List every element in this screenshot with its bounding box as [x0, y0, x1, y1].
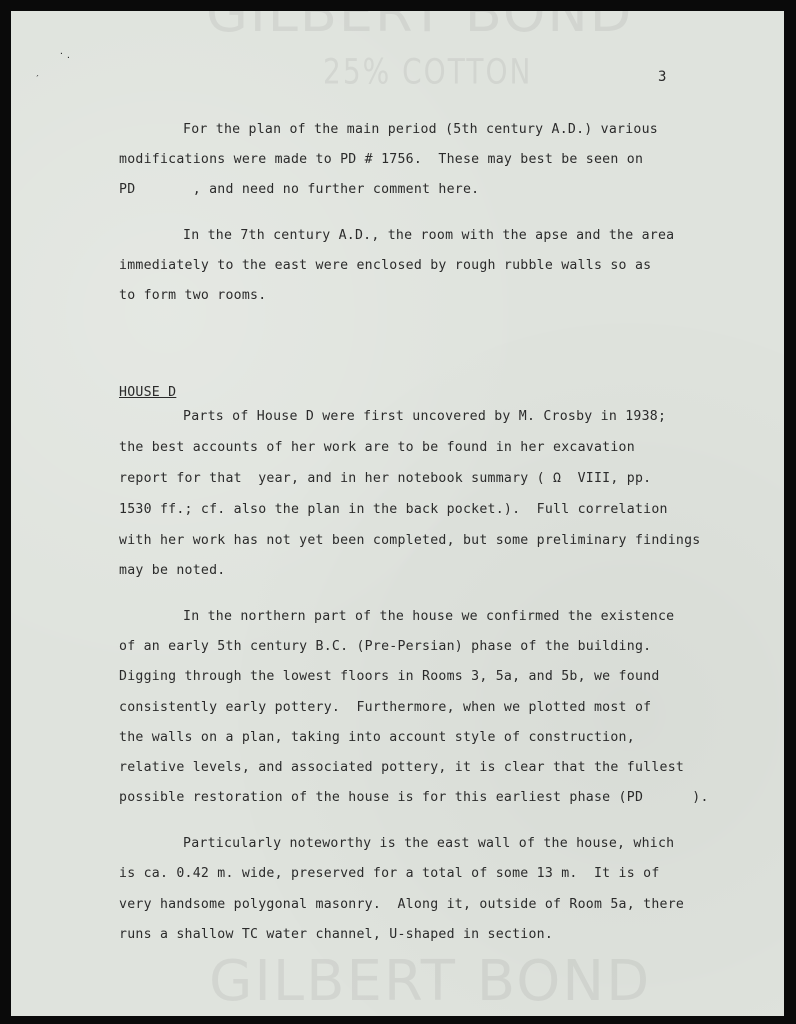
text-line: immediately to the east were enclosed by… [119, 258, 651, 273]
text-line: For the plan of the main period (5th cen… [183, 122, 658, 137]
text-line: modifications were made to PD # 1756. Th… [119, 152, 643, 167]
text-line: runs a shallow TC water channel, U-shape… [119, 927, 553, 942]
text-line: very handsome polygonal masonry. Along i… [119, 897, 684, 912]
text-line: of an early 5th century B.C. (Pre-Persia… [119, 639, 651, 654]
text-line: Digging through the lowest floors in Roo… [119, 669, 660, 684]
text-line: is ca. 0.42 m. wide, preserved for a tot… [119, 866, 660, 881]
text-line: 1530 ff.; cf. also the plan in the back … [119, 502, 668, 517]
text-line: consistently early pottery. Furthermore,… [119, 700, 651, 715]
text-line: In the 7th century A.D., the room with t… [183, 228, 674, 243]
text-line: In the northern part of the house we con… [183, 609, 674, 624]
page-number: 3 [658, 69, 666, 85]
watermark-gilbert-bond-top: GILBERT BOND [206, 11, 633, 44]
text-line: with her work has not yet been completed… [119, 533, 700, 548]
text-line: report for that year, and in her noteboo… [119, 471, 651, 486]
ink-speck: ˏ [35, 67, 40, 76]
watermark-cotton: 25% COTTON [323, 51, 532, 92]
text-line: the best accounts of her work are to be … [119, 440, 635, 455]
text-line: the walls on a plan, taking into account… [119, 730, 635, 745]
text-line: Particularly noteworthy is the east wall… [183, 836, 674, 851]
text-line: to form two rooms. [119, 288, 266, 303]
watermark-gilbert-bond-bottom: GILBERT BOND [209, 949, 651, 1014]
text-line: Parts of House D were first uncovered by… [183, 409, 666, 424]
text-line: relative levels, and associated pottery,… [119, 760, 684, 775]
text-line: PD , and need no further comment here. [119, 182, 479, 197]
text-line: may be noted. [119, 563, 225, 578]
section-heading-house-d: HOUSE D [119, 385, 176, 400]
document-page: GILBERT BOND 25% COTTON GILBERT BOND · ·… [11, 11, 784, 1016]
ink-speck: · [59, 49, 64, 58]
text-line: possible restoration of the house is for… [119, 790, 709, 805]
ink-speck: · [66, 53, 71, 62]
